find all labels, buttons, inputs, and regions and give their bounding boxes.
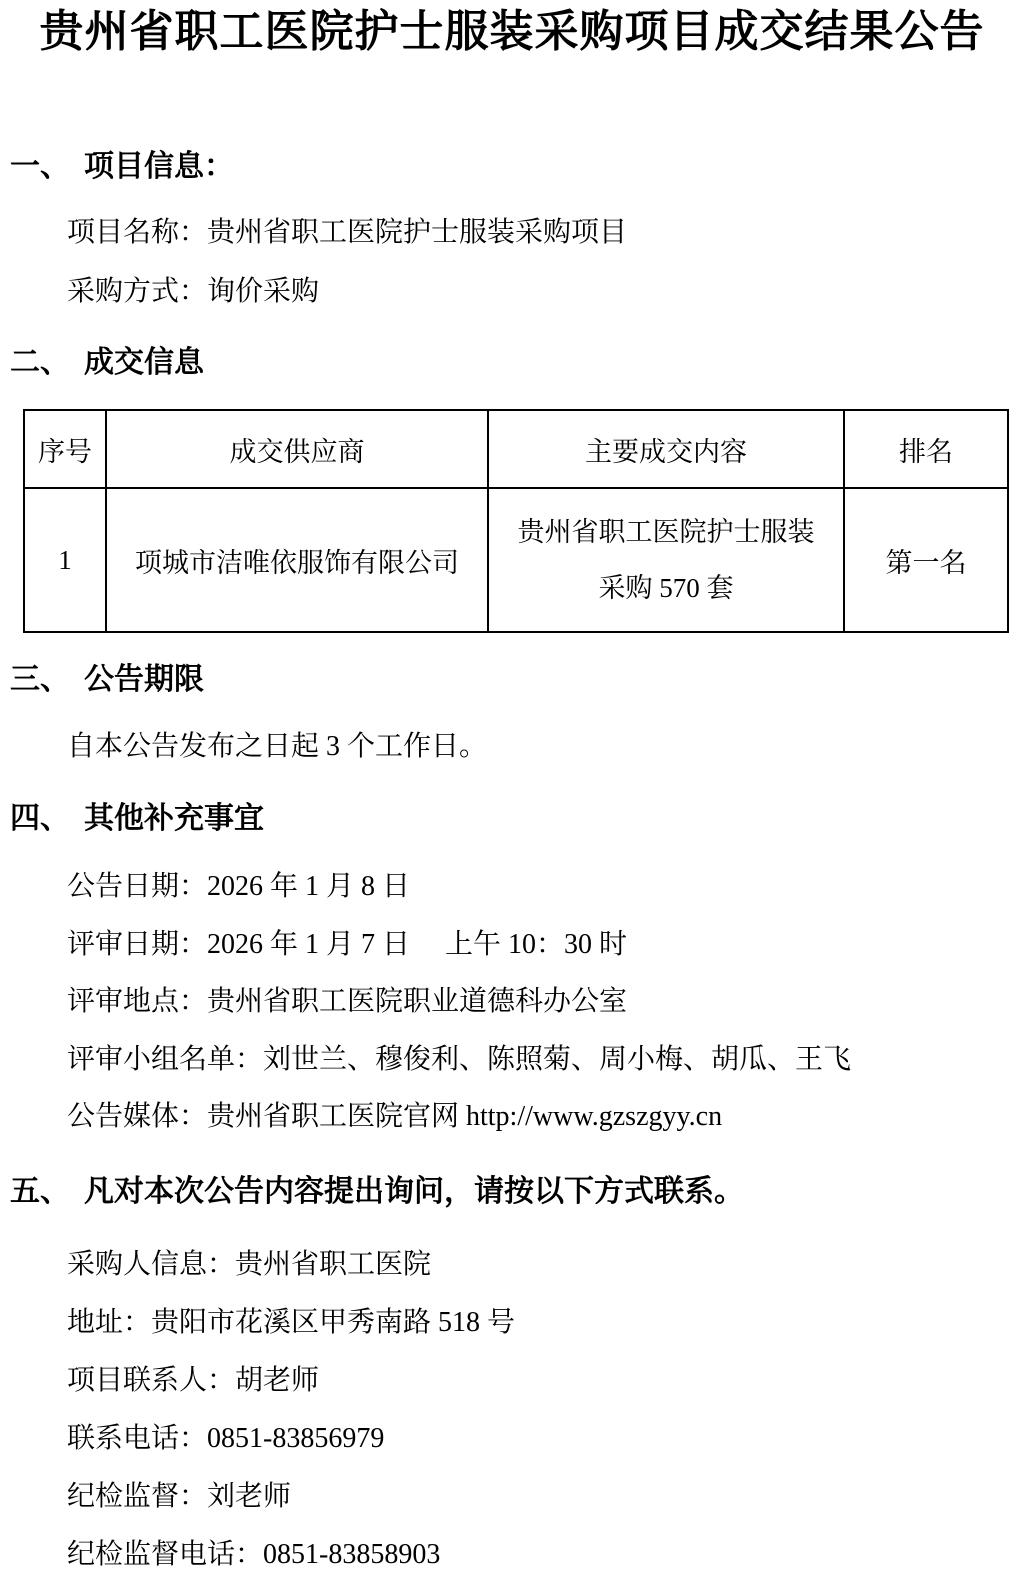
purchaser-info-line: 采购人信息：贵州省职工医院: [0, 1246, 1024, 1284]
section-number: 二、: [10, 344, 70, 382]
section-number: 四、: [10, 800, 70, 838]
cell-content-line2: 采购 570 套: [489, 560, 843, 616]
header-supplier: 成交供应商: [106, 410, 488, 488]
cell-content: 贵州省职工医院护士服装 采购 570 套: [488, 488, 844, 632]
discipline-supervisor-line: 纪检监督：刘老师: [0, 1478, 1024, 1516]
announce-date-line: 公告日期：2026 年 1 月 8 日: [0, 868, 1024, 906]
award-table: 序号 成交供应商 主要成交内容 排名 1 项城市洁唯依服饰有限公司 贵州省职工医…: [23, 409, 1009, 633]
section-heading-text: 项目信息：: [84, 150, 234, 183]
section-heading-text: 成交信息: [84, 346, 204, 379]
announcement-page: 贵州省职工医院护士服装采购项目成交结果公告 一、项目信息： 项目名称：贵州省职工…: [0, 6, 1024, 1590]
review-location-line: 评审地点：贵州省职工医院职业道德科办公室: [0, 983, 1024, 1021]
section-heading-supplementary: 四、其他补充事宜: [0, 800, 1024, 838]
cell-supplier: 项城市洁唯依服饰有限公司: [106, 488, 488, 632]
section-heading-announcement-period: 三、公告期限: [0, 661, 1024, 699]
review-date-line: 评审日期：2026 年 1 月 7 日 上午 10：30 时: [0, 926, 1024, 964]
section-number: 三、: [10, 661, 70, 699]
section-heading-text: 其他补充事宜: [84, 802, 264, 835]
section-heading-award-info: 二、成交信息: [0, 344, 1024, 382]
table-row: 1 项城市洁唯依服饰有限公司 贵州省职工医院护士服装 采购 570 套 第一名: [24, 488, 1008, 632]
address-line: 地址：贵阳市花溪区甲秀南路 518 号: [0, 1304, 1024, 1342]
section-heading-contact: 五、凡对本次公告内容提出询问，请按以下方式联系。: [0, 1173, 1024, 1211]
section-heading-text: 凡对本次公告内容提出询问，请按以下方式联系。: [84, 1175, 744, 1208]
announcement-period-line: 自本公告发布之日起 3 个工作日。: [0, 728, 1024, 766]
contact-phone-line: 联系电话：0851-83856979: [0, 1420, 1024, 1458]
section-heading-text: 公告期限: [84, 663, 204, 696]
review-panel-line: 评审小组名单：刘世兰、穆俊利、陈照菊、周小梅、胡瓜、王飞: [0, 1041, 1024, 1079]
cell-rank: 第一名: [844, 488, 1008, 632]
table-header-row: 序号 成交供应商 主要成交内容 排名: [24, 410, 1008, 488]
cell-content-line1: 贵州省职工医院护士服装: [489, 504, 843, 560]
section-number: 五、: [10, 1173, 70, 1211]
document-title: 贵州省职工医院护士服装采购项目成交结果公告: [8, 6, 1016, 58]
project-contact-line: 项目联系人：胡老师: [0, 1362, 1024, 1400]
discipline-phone-line: 纪检监督电话：0851-83858903: [0, 1536, 1024, 1574]
announce-media-line: 公告媒体：贵州省职工医院官网 http://www.gzszgyy.cn: [0, 1098, 1024, 1136]
cell-seq: 1: [24, 488, 106, 632]
section-heading-project-info: 一、项目信息：: [0, 148, 1024, 186]
header-content: 主要成交内容: [488, 410, 844, 488]
header-rank: 排名: [844, 410, 1008, 488]
section-number: 一、: [10, 148, 70, 186]
procurement-method-line: 采购方式：询价采购: [0, 273, 1024, 311]
header-seq: 序号: [24, 410, 106, 488]
project-name-line: 项目名称：贵州省职工医院护士服装采购项目: [0, 214, 1024, 252]
